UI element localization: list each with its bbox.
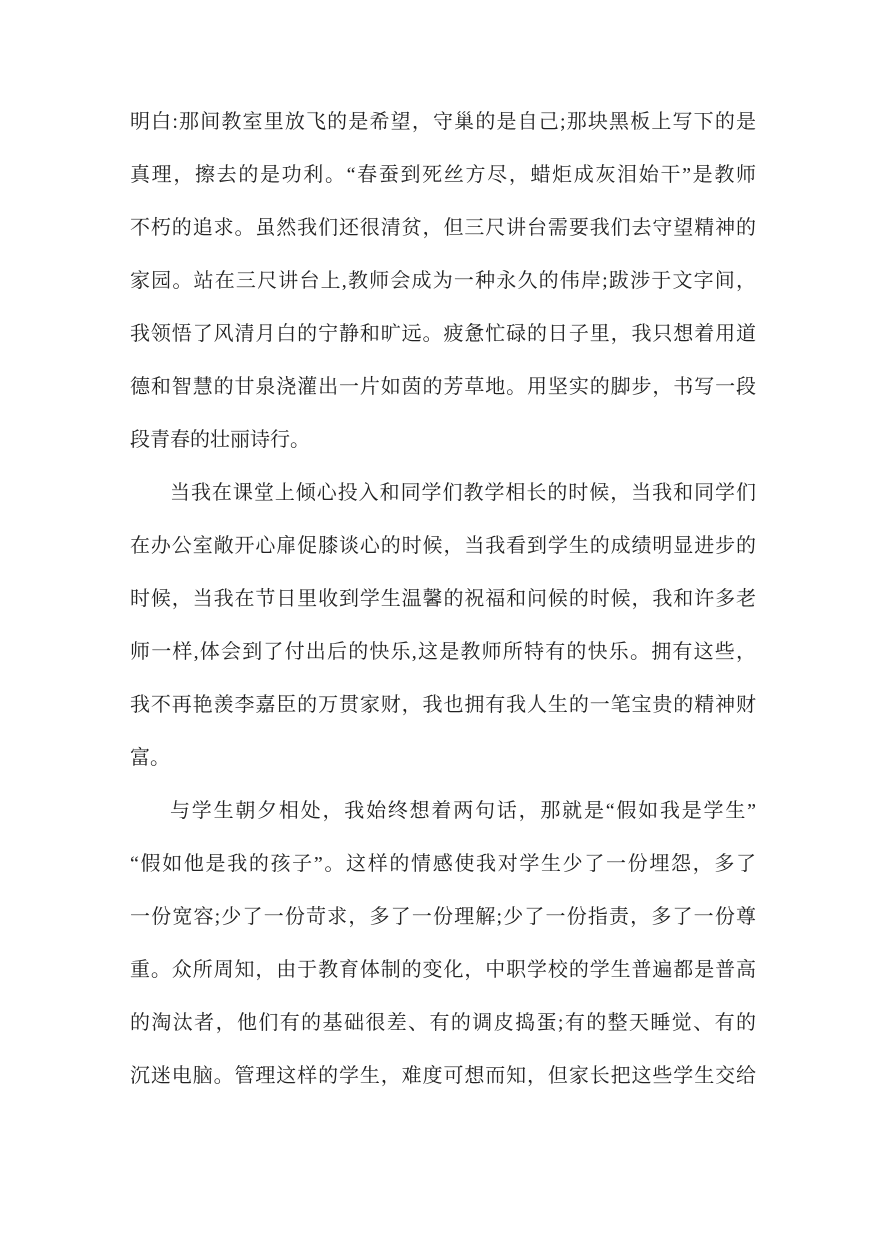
text-line: 当我在课堂上倾心投入和同学们教学相长的时候，当我和同学们	[130, 467, 756, 520]
document-text-block: 明白:那间教室里放飞的是希望，守巢的是自己;那块黑板上写下的是真理，擦去的是功利…	[130, 96, 756, 1103]
text-line: 一份宽容;少了一份苛求，多了一份理解;少了一份指责，多了一份尊	[130, 891, 756, 944]
text-line: 真理，擦去的是功利。“春蚕到死丝方尽，蜡炬成灰泪始干”是教师	[130, 149, 756, 202]
text-line: 师一样,体会到了付出后的快乐,这是教师所特有的快乐。拥有这些，	[130, 626, 756, 679]
text-line: 家园。站在三尺讲台上,教师会成为一种永久的伟岸;跋涉于文字间，	[130, 255, 756, 308]
document-page: 明白:那间教室里放飞的是希望，守巢的是自己;那块黑板上写下的是真理，擦去的是功利…	[0, 0, 884, 1250]
text-line: 不朽的追求。虽然我们还很清贫，但三尺讲台需要我们去守望精神的	[130, 202, 756, 255]
text-line: 富。	[130, 732, 756, 785]
text-line: 段青春的壮丽诗行。	[130, 414, 756, 467]
text-line: 明白:那间教室里放飞的是希望，守巢的是自己;那块黑板上写下的是	[130, 96, 756, 149]
text-line: 沉迷电脑。管理这样的学生，难度可想而知，但家长把这些学生交给	[130, 1050, 756, 1103]
text-line: “假如他是我的孩子”。这样的情感使我对学生少了一份埋怨，多了	[130, 838, 756, 891]
text-line: 的淘汰者，他们有的基础很差、有的调皮捣蛋;有的整天睡觉、有的	[130, 997, 756, 1050]
text-line: 在办公室敞开心扉促膝谈心的时候，当我看到学生的成绩明显进步的	[130, 520, 756, 573]
text-line: 德和智慧的甘泉浇灌出一片如茵的芳草地。用坚实的脚步，书写一段	[130, 361, 756, 414]
text-line: 我不再艳羡李嘉臣的万贯家财，我也拥有我人生的一笔宝贵的精神财	[130, 679, 756, 732]
text-line: 重。众所周知，由于教育体制的变化，中职学校的学生普遍都是普高	[130, 944, 756, 997]
text-line: 与学生朝夕相处，我始终想着两句话，那就是“假如我是学生”	[130, 785, 756, 838]
text-line: 我领悟了风清月白的宁静和旷远。疲惫忙碌的日子里，我只想着用道	[130, 308, 756, 361]
text-line: 时候，当我在节日里收到学生温馨的祝福和问候的时候，我和许多老	[130, 573, 756, 626]
